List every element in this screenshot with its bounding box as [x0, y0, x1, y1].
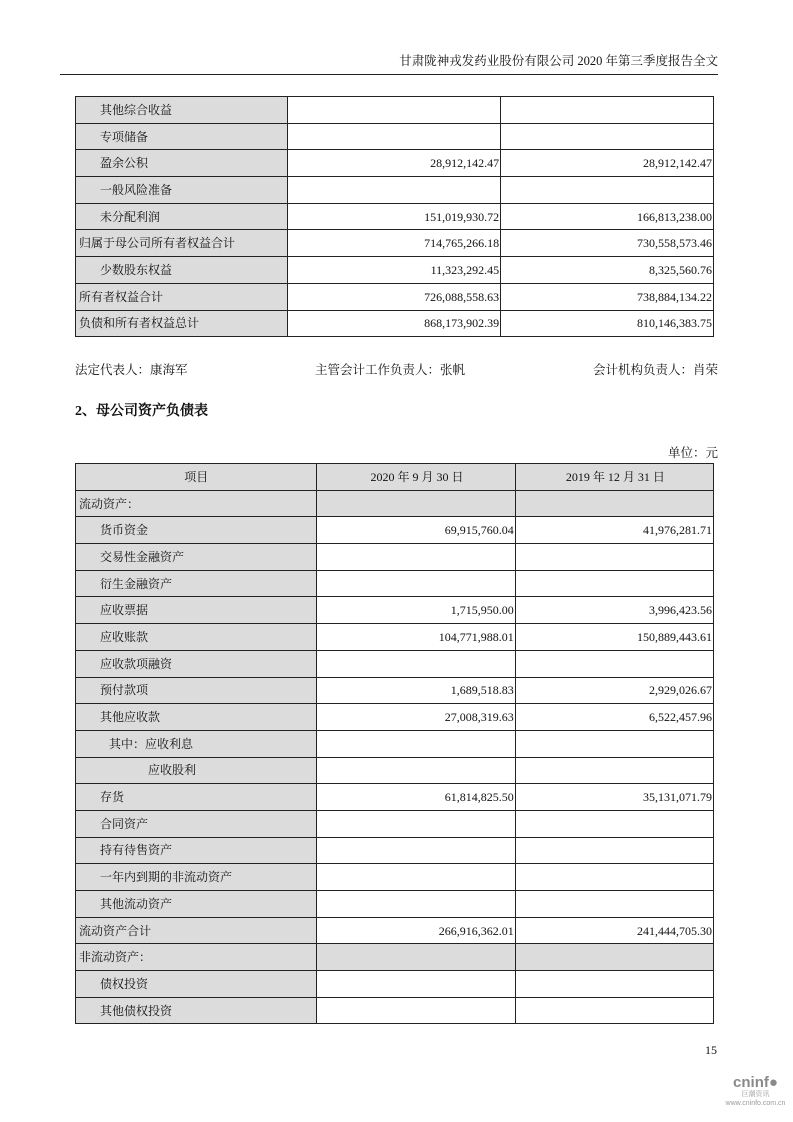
table-row: 负债和所有者权益总计868,173,902.39810,146,383.75	[76, 310, 714, 337]
value-current-period: 61,814,825.50	[317, 784, 515, 811]
table-row: 其他流动资产	[76, 891, 714, 918]
row-label: 其他流动资产	[76, 891, 317, 918]
row-label: 应收股利	[76, 757, 317, 784]
table-row: 货币资金69,915,760.0441,976,281.71	[76, 517, 714, 544]
row-label: 其中：应收利息	[76, 730, 317, 757]
value-current-period	[288, 177, 501, 204]
table-row: 存货61,814,825.5035,131,071.79	[76, 784, 714, 811]
logo-url-text: www.cninfo.com.cn	[718, 1099, 793, 1108]
value-prior-period	[515, 810, 713, 837]
value-prior-period	[501, 123, 714, 150]
cninfo-logo: cninf● 巨潮资讯 www.cninfo.com.cn	[718, 1075, 793, 1108]
table-row: 债权投资	[76, 971, 714, 998]
row-label: 货币资金	[76, 517, 317, 544]
value-current-period: 266,916,362.01	[317, 917, 515, 944]
value-prior-period	[515, 650, 713, 677]
value-current-period: 1,689,518.83	[317, 677, 515, 704]
value-current-period	[317, 544, 515, 571]
column-header-item: 项目	[76, 464, 317, 491]
page-number: 15	[705, 1043, 717, 1058]
row-label: 其他综合收益	[76, 97, 288, 124]
value-current-period	[288, 97, 501, 124]
table-row: 合同资产	[76, 810, 714, 837]
row-label: 流动资产：	[76, 490, 317, 517]
value-current-period: 104,771,988.01	[317, 624, 515, 651]
table-row: 流动资产：	[76, 490, 714, 517]
value-current-period	[317, 570, 515, 597]
equity-table: 其他综合收益专项储备盈余公积28,912,142.4728,912,142.47…	[75, 96, 714, 337]
value-current-period: 69,915,760.04	[317, 517, 515, 544]
table-row: 一年内到期的非流动资产	[76, 864, 714, 891]
value-prior-period	[501, 97, 714, 124]
row-label: 存货	[76, 784, 317, 811]
value-prior-period: 150,889,443.61	[515, 624, 713, 651]
value-prior-period	[515, 490, 713, 517]
table-row: 交易性金融资产	[76, 544, 714, 571]
value-prior-period	[515, 544, 713, 571]
value-prior-period: 3,996,423.56	[515, 597, 713, 624]
value-prior-period: 810,146,383.75	[501, 310, 714, 337]
table-row: 应收账款104,771,988.01150,889,443.61	[76, 624, 714, 651]
table-row: 其他应收款27,008,319.636,522,457.96	[76, 704, 714, 731]
row-label: 专项储备	[76, 123, 288, 150]
table-row: 其他综合收益	[76, 97, 714, 124]
logo-cn-text: 巨潮资讯	[718, 1090, 793, 1099]
accounting-org-head: 会计机构负责人：肖荣	[593, 360, 718, 378]
row-label: 应收款项融资	[76, 650, 317, 677]
table-row: 归属于母公司所有者权益合计714,765,266.18730,558,573.4…	[76, 230, 714, 257]
value-current-period	[317, 490, 515, 517]
value-current-period	[317, 810, 515, 837]
row-label: 归属于母公司所有者权益合计	[76, 230, 288, 257]
value-current-period	[288, 123, 501, 150]
value-prior-period	[501, 177, 714, 204]
row-label: 盈余公积	[76, 150, 288, 177]
table-row: 其中：应收利息	[76, 730, 714, 757]
row-label: 应收账款	[76, 624, 317, 651]
row-label: 应收票据	[76, 597, 317, 624]
value-prior-period: 2,929,026.67	[515, 677, 713, 704]
value-prior-period	[515, 997, 713, 1024]
table-row: 预付款项1,689,518.832,929,026.67	[76, 677, 714, 704]
value-current-period	[317, 864, 515, 891]
value-prior-period: 41,976,281.71	[515, 517, 713, 544]
table-row: 衍生金融资产	[76, 570, 714, 597]
unit-label: 单位：元	[668, 443, 718, 461]
value-current-period	[317, 891, 515, 918]
value-current-period	[317, 757, 515, 784]
value-prior-period: 8,325,560.76	[501, 257, 714, 284]
value-current-period: 151,019,930.72	[288, 203, 501, 230]
logo-swirl-icon: ●	[769, 1074, 778, 1091]
value-prior-period: 730,558,573.46	[501, 230, 714, 257]
page-header: 甘肃陇神戎发药业股份有限公司 2020 年第三季度报告全文	[60, 52, 718, 75]
value-current-period: 868,173,902.39	[288, 310, 501, 337]
section-title: 2、母公司资产负债表	[75, 400, 208, 420]
row-label: 一年内到期的非流动资产	[76, 864, 317, 891]
table-row: 持有待售资产	[76, 837, 714, 864]
row-label: 债权投资	[76, 971, 317, 998]
value-current-period	[317, 650, 515, 677]
table-header-row: 项目 2020 年 9 月 30 日 2019 年 12 月 31 日	[76, 464, 714, 491]
value-prior-period	[515, 757, 713, 784]
table-row: 非流动资产：	[76, 944, 714, 971]
accounting-head: 主管会计工作负责人：张帆	[315, 360, 465, 378]
value-current-period: 28,912,142.47	[288, 150, 501, 177]
value-current-period: 714,765,266.18	[288, 230, 501, 257]
value-prior-period	[515, 837, 713, 864]
row-label: 少数股东权益	[76, 257, 288, 284]
row-label: 未分配利润	[76, 203, 288, 230]
value-prior-period: 28,912,142.47	[501, 150, 714, 177]
value-prior-period: 166,813,238.00	[501, 203, 714, 230]
value-current-period	[317, 837, 515, 864]
row-label: 其他应收款	[76, 704, 317, 731]
row-label: 一般风险准备	[76, 177, 288, 204]
table-row: 其他债权投资	[76, 997, 714, 1024]
table-row: 少数股东权益11,323,292.458,325,560.76	[76, 257, 714, 284]
table-row: 未分配利润151,019,930.72166,813,238.00	[76, 203, 714, 230]
row-label: 负债和所有者权益总计	[76, 310, 288, 337]
table-row: 应收款项融资	[76, 650, 714, 677]
value-prior-period	[515, 971, 713, 998]
value-prior-period	[515, 730, 713, 757]
column-header-2019: 2019 年 12 月 31 日	[515, 464, 713, 491]
value-current-period	[317, 730, 515, 757]
parent-balance-sheet-table: 项目 2020 年 9 月 30 日 2019 年 12 月 31 日 流动资产…	[75, 463, 714, 1024]
value-prior-period	[515, 944, 713, 971]
row-label: 合同资产	[76, 810, 317, 837]
table-row: 所有者权益合计726,088,558.63738,884,134.22	[76, 283, 714, 310]
value-current-period: 11,323,292.45	[288, 257, 501, 284]
value-current-period	[317, 997, 515, 1024]
report-title: 甘肃陇神戎发药业股份有限公司 2020 年第三季度报告全文	[399, 54, 718, 68]
value-current-period: 27,008,319.63	[317, 704, 515, 731]
value-current-period: 1,715,950.00	[317, 597, 515, 624]
row-label: 持有待售资产	[76, 837, 317, 864]
value-prior-period	[515, 891, 713, 918]
value-prior-period	[515, 864, 713, 891]
row-label: 预付款项	[76, 677, 317, 704]
row-label: 其他债权投资	[76, 997, 317, 1024]
value-prior-period	[515, 570, 713, 597]
value-current-period	[317, 971, 515, 998]
table-row: 流动资产合计266,916,362.01241,444,705.30	[76, 917, 714, 944]
row-label: 衍生金融资产	[76, 570, 317, 597]
table-row: 盈余公积28,912,142.4728,912,142.47	[76, 150, 714, 177]
value-current-period: 726,088,558.63	[288, 283, 501, 310]
logo-brand: cninf●	[718, 1075, 793, 1090]
value-prior-period: 738,884,134.22	[501, 283, 714, 310]
row-label: 所有者权益合计	[76, 283, 288, 310]
table-row: 专项储备	[76, 123, 714, 150]
value-prior-period: 35,131,071.79	[515, 784, 713, 811]
column-header-2020: 2020 年 9 月 30 日	[317, 464, 515, 491]
row-label: 交易性金融资产	[76, 544, 317, 571]
table-row: 应收股利	[76, 757, 714, 784]
table-row: 应收票据1,715,950.003,996,423.56	[76, 597, 714, 624]
value-prior-period: 241,444,705.30	[515, 917, 713, 944]
row-label: 流动资产合计	[76, 917, 317, 944]
row-label: 非流动资产：	[76, 944, 317, 971]
value-prior-period: 6,522,457.96	[515, 704, 713, 731]
table-row: 一般风险准备	[76, 177, 714, 204]
value-current-period	[317, 944, 515, 971]
legal-representative: 法定代表人：康海军	[75, 360, 188, 378]
